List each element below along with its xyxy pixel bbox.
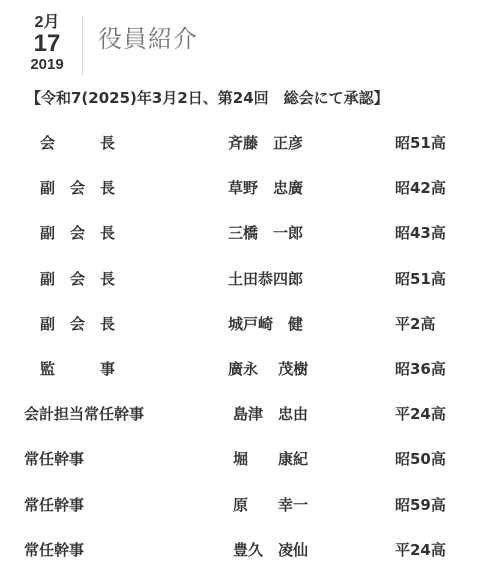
officer-row: 常任幹事 堀 康紀 昭50高 [0,436,488,481]
officer-name: 三橋 一郎 [228,222,303,243]
officer-row: 副 会 長 土田恭四郎 昭51高 [0,256,488,301]
date-divider [82,16,83,76]
officer-role: 副 会 長 [40,313,115,334]
officer-row: 副 会 長 三橋 一郎 昭43高 [0,210,488,255]
officer-row: 副 会 長 草野 忠廣 昭42高 [0,165,488,210]
post-date-day: 17 [18,32,76,56]
officer-graduation: 昭50高 [395,448,446,469]
officer-name: 原 幸一 [233,494,308,515]
officer-name: 城戸崎 健 [228,313,303,334]
officer-graduation: 昭43高 [395,222,446,243]
officer-name: 島津 忠由 [233,403,308,424]
officer-name: 堀 康紀 [233,448,308,469]
officer-graduation: 平24高 [395,539,446,560]
officer-graduation: 昭42高 [395,177,446,198]
officer-role: 常任幹事 [24,494,84,515]
approval-note: 【令和7(2025)年3月2日、第24回 総会にて承認】 [26,87,389,108]
post-date: 2月 17 2019 [18,14,76,73]
officer-role: 副 会 長 [40,268,115,289]
officer-graduation: 昭36高 [395,358,446,379]
officer-roster: 会 長 斉藤 正彦 昭51高 副 会 長 草野 忠廣 昭42高 副 会 長 三橋… [0,120,488,572]
officer-row: 常任幹事 原 幸一 昭59高 [0,482,488,527]
officer-row: 副 会 長 城戸崎 健 平2高 [0,301,488,346]
post-date-year: 2019 [18,56,76,73]
officer-role: 監 事 [40,358,115,379]
officer-role: 会計担当常任幹事 [24,403,144,424]
officer-row: 監 事 廣永 茂樹 昭36高 [0,346,488,391]
officer-graduation: 昭51高 [395,132,446,153]
officer-role: 常任幹事 [24,448,84,469]
officer-name: 斉藤 正彦 [228,132,303,153]
officer-name: 廣永 茂樹 [228,358,308,379]
officer-role: 会 長 [40,132,115,153]
officer-role: 副 会 長 [40,177,115,198]
officer-name: 豊久 凌仙 [233,539,308,560]
officer-row: 常任幹事 豊久 凌仙 平24高 [0,527,488,572]
officer-name: 土田恭四郎 [228,268,303,289]
officer-graduation: 昭51高 [395,268,446,289]
page-title: 役員紹介 [98,23,198,55]
officer-graduation: 昭59高 [395,494,446,515]
officer-row: 会計担当常任幹事 島津 忠由 平24高 [0,391,488,436]
officer-role: 常任幹事 [24,539,84,560]
officer-role: 副 会 長 [40,222,115,243]
officer-row: 会 長 斉藤 正彦 昭51高 [0,120,488,165]
officer-graduation: 平24高 [395,403,446,424]
officer-graduation: 平2高 [395,313,435,334]
officer-name: 草野 忠廣 [228,177,303,198]
